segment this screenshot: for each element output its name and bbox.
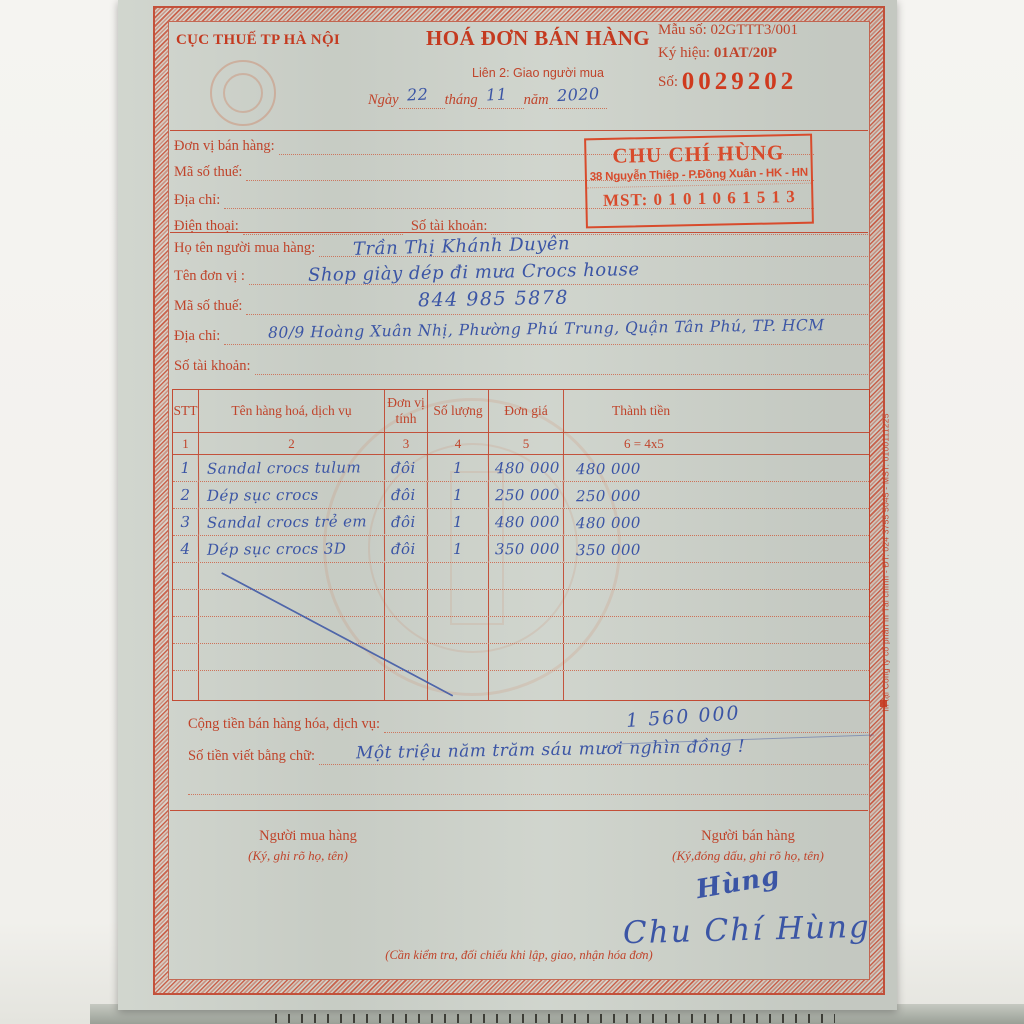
table-colnumber-row: 1 2 3 4 5 6 = 4x5 [173,433,869,455]
seller-address-label: Địa chỉ: [174,192,224,209]
invoice-title: HOÁ ĐƠN BÁN HÀNG [378,26,698,51]
item-name: Sandal crocs trẻ em [199,508,385,536]
photo-of-invoice: CỤC THUẾ TP HÀ NỘI HOÁ ĐƠN BÁN HÀNG Liên… [0,0,1024,1024]
invoice-number-label: Số: [658,74,678,90]
invoice-paper: CỤC THUẾ TP HÀ NỘI HOÁ ĐƠN BÁN HÀNG Liên… [118,0,897,1010]
item-amount: 350 000 [564,535,869,564]
buyer-account-row: Số tài khoản: [174,358,868,375]
item-unit: đôi [385,455,428,481]
table-header-row: STT Tên hàng hoá, dịch vụ Đơn vị tính Số… [173,390,869,433]
item-qty: 1 [428,509,489,536]
total-row: Cộng tiền bán hàng hóa, dịch vụ: [188,716,868,733]
section-divider [170,232,868,233]
item-amount: 480 000 [564,454,869,483]
item-name: Dép sục crocs 3D [199,535,385,563]
col-header-unit: Đơn vị tính [385,390,428,432]
item-name: Sandal crocs tulum [199,454,385,482]
stamp-mst-label: MST: [603,190,649,210]
item-name: Dép sục crocs [199,481,385,509]
form-value: 02GTTT3/001 [711,22,799,38]
serial-value: 01AT/20P [714,45,777,61]
buyer-tax-label: Mã số thuế: [174,298,246,315]
col-number: 6 = 4x5 [564,433,869,454]
item-stt: 3 [173,509,199,535]
empty-dotted-row [188,780,868,795]
col-number: 4 [428,433,489,454]
col-number: 3 [385,433,428,454]
item-qty: 1 [428,482,489,509]
seller-stamp: CHU CHÍ HÙNG 38 Nguyễn Thiệp - P.Đồng Xu… [584,134,814,229]
buyer-tax-handwritten: 844 985 5878 [418,287,569,312]
buyer-unit-label: Tên đơn vị : [174,268,249,285]
col-header-name: Tên hàng hoá, dịch vụ [199,390,385,432]
item-price: 480 000 [489,509,564,536]
item-stt: 4 [173,536,199,562]
invoice-number-value: 0029202 [682,68,798,95]
table-row-empty [173,671,869,700]
item-amount: 480 000 [564,508,869,537]
serial-label: Ký hiệu: [658,45,710,61]
date-month-handwritten: 11 [485,84,507,104]
seller-unit-label: Đơn vị bán hàng: [174,138,279,155]
table-row-empty [173,644,869,671]
date-year-handwritten: 2020 [556,84,600,105]
stamp-mst-value: 0 1 0 1 0 6 1 5 1 3 [653,187,796,209]
col-header-price: Đơn giá [489,390,564,432]
section-divider [170,130,868,131]
table-row: 3 Sandal crocs trẻ em đôi 1 480 000 480 … [173,509,869,536]
col-number: 1 [173,433,199,454]
seller-signature-title: Người bán hàng [638,828,858,845]
date-month-label: tháng [445,92,478,109]
form-info-block: Mẫu số: 02GTTT3/001 Ký hiệu: 01AT/20P Số… [658,22,880,102]
table-row-empty [173,617,869,644]
item-price: 250 000 [489,482,564,509]
item-stt: 2 [173,482,199,508]
table-row: 4 Dép sục crocs 3D đôi 1 350 000 350 000 [173,536,869,563]
seller-signature-name: Chu Chí Hùng [623,909,872,951]
item-price: 480 000 [489,455,564,482]
items-table: STT Tên hàng hoá, dịch vụ Đơn vị tính Số… [172,389,870,701]
col-number: 2 [199,433,385,454]
date-prefix: Ngày [368,92,399,109]
date-line: Ngày 22 tháng 11 năm 2020 [368,92,708,109]
stamp-seller-name: CHU CHÍ HÙNG [586,140,810,170]
item-unit: đôi [385,482,428,508]
stamp-seller-address: 38 Nguyễn Thiệp - P.Đồng Xuân - HK - HN [587,167,811,184]
copy-line: Liên 2: Giao người mua [398,66,678,80]
table-row: 1 Sandal crocs tulum đôi 1 480 000 480 0… [173,455,869,482]
item-price: 350 000 [489,536,564,563]
item-amount: 250 000 [564,481,869,510]
next-sheet-ticks [275,1014,835,1023]
col-header-stt: STT [173,390,199,432]
date-year-label: năm [524,92,549,109]
seller-signature-subtitle: (Ký,đóng dấu, ghi rõ họ, tên) [613,848,883,864]
verification-note: (Cần kiểm tra, đối chiếu khi lập, giao, … [170,948,868,963]
col-header-qty: Số lượng [428,390,489,432]
total-label: Cộng tiền bán hàng hóa, dịch vụ: [188,716,384,733]
buyer-account-label: Số tài khoản: [174,358,255,375]
seller-tax-label: Mã số thuế: [174,164,246,181]
words-label: Số tiền viết bằng chữ: [188,748,319,765]
buyer-address-label: Địa chỉ: [174,328,224,345]
col-header-amount: Thành tiền [564,390,869,432]
form-label: Mẫu số: [658,22,707,38]
printer-info-vertical-text: In tại Công ty cổ phần in Tài chính - ĐT… [881,376,892,712]
buyer-name-label: Họ tên người mua hàng: [174,240,319,257]
buyer-signature-subtitle: (Ký, ghi rõ họ, tên) [188,848,408,864]
printer-registration-mark [880,700,887,707]
section-divider [170,810,868,811]
table-row: 2 Dép sục crocs đôi 1 250 000 250 000 [173,482,869,509]
item-stt: 1 [173,455,199,481]
date-day-handwritten: 22 [406,84,428,104]
item-unit: đôi [385,536,428,562]
item-qty: 1 [428,536,489,563]
item-qty: 1 [428,455,489,482]
tax-emblem-watermark [210,60,276,126]
item-unit: đôi [385,509,428,535]
col-number: 5 [489,433,564,454]
table-row-empty [173,563,869,590]
buyer-signature-title: Người mua hàng [208,828,408,845]
